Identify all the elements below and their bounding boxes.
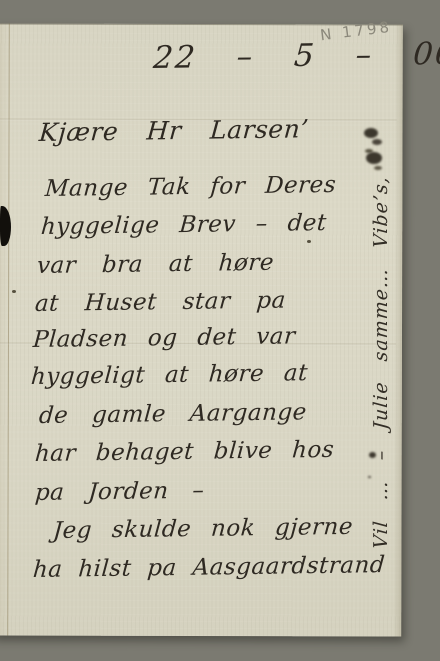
ink-smudge: [366, 152, 382, 164]
ink-smudge: [364, 128, 378, 138]
handwriting-line: de gamle Aargange: [38, 399, 308, 429]
ink-speck: [12, 290, 16, 293]
handwriting-line: pa Jorden –: [34, 478, 205, 506]
handwriting-line: har behaget blive hos: [34, 437, 335, 467]
photo-of-letter: N 1798 – 22 – 5 – 06 Kjære Hr Larsen’ Ma…: [0, 0, 440, 661]
handwriting-line-salutation: Kjære Hr Larsen’: [38, 114, 310, 147]
handwriting-line: ha hilst pa Aasgaardstrand: [32, 552, 386, 583]
handwriting-line: hyggelige Brev – det: [40, 210, 328, 240]
vertical-margin-note: Vil … – Julie samme… Vibe’s,: [370, 150, 392, 550]
ink-smudge: [369, 452, 376, 458]
handwriting-line: at Huset star pa: [34, 288, 287, 317]
handwriting-line: Pladsen og det var: [32, 323, 296, 353]
date-line: 22 – 5 – 06: [152, 36, 440, 76]
handwriting-line: var bra at høre: [36, 250, 275, 279]
ink-speck: [307, 240, 311, 243]
handwriting-line: Mange Tak for Deres: [44, 172, 337, 202]
handwriting-line: Jeg skulde nok gjerne: [52, 514, 354, 544]
handwriting-line: hyggeligt at høre at: [30, 360, 309, 390]
